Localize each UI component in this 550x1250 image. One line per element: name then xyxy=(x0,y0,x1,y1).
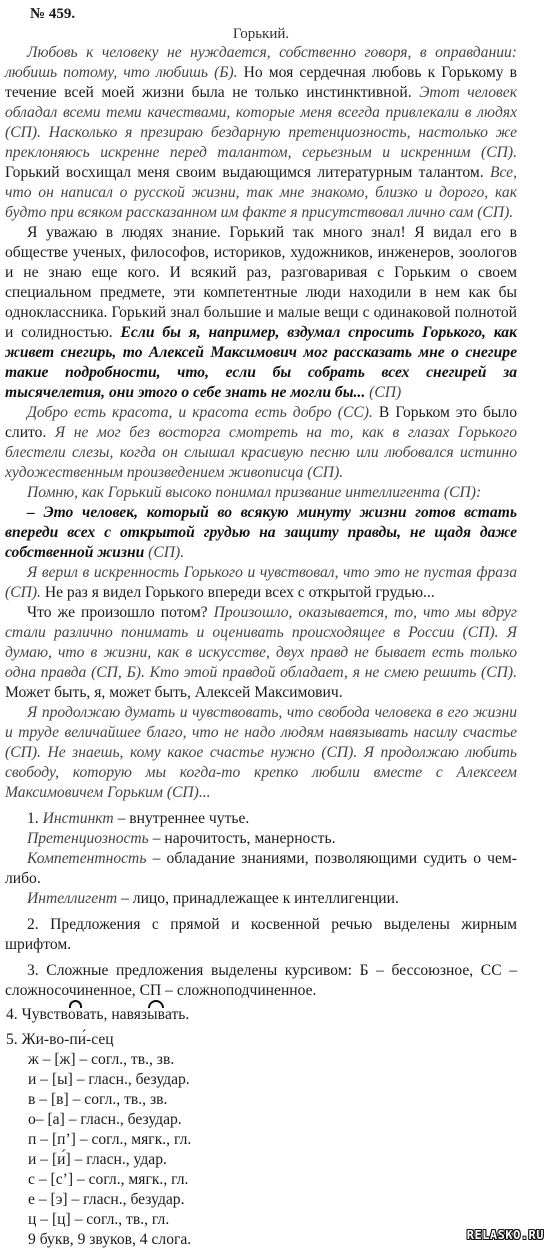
italic-text: Я не мог без восторга смотреть на то, ка… xyxy=(5,424,517,481)
italic-text: Помню, как Горький высоко понимал призва… xyxy=(27,484,481,501)
paragraph: Что же произошло потом? Произошло, оказы… xyxy=(5,603,517,703)
definition: Интеллигент – лицо, принадлежащее к инте… xyxy=(5,889,517,909)
sound-row: п – [п’] – согл., мягк., гл. xyxy=(28,1130,517,1150)
definition-text: – лицо, принадлежащее к интеллигенции. xyxy=(117,890,399,907)
italic-text: (СП). xyxy=(144,544,184,561)
sound-row: и – [ы] – гласн., безудар. xyxy=(28,1070,517,1090)
paragraph: Я уважаю в людях знание. Горький так мно… xyxy=(5,223,517,403)
term: Компетентность xyxy=(27,850,146,867)
sound-row: ж – [ж] – согл., тв., зв. xyxy=(28,1050,517,1070)
term: Инстинкт xyxy=(43,810,114,827)
paragraph: Помню, как Горький высоко понимал призва… xyxy=(5,483,517,503)
exercise-number: № 459. xyxy=(30,4,75,24)
sound-row: с – [с’] – согл., мягк., гл. xyxy=(28,1170,517,1190)
bold-text: – Это человек, который во всякую минуту … xyxy=(5,504,517,561)
sound-row: и – [и́] – гласн., удар. xyxy=(28,1150,517,1170)
paragraph: Любовь к человеку не нуждается, собствен… xyxy=(5,43,517,223)
definition-text: – внутреннее чутье. xyxy=(114,810,250,827)
term: Претенциозность xyxy=(27,830,149,847)
plain-text: Что же произошло потом? xyxy=(27,604,214,621)
answer-3: 3. Сложные предложения выделены курсивом… xyxy=(5,961,517,1001)
definition: Претенциозность – нарочитость, манерност… xyxy=(5,829,517,849)
text-body: Любовь к человеку не нуждается, собствен… xyxy=(5,43,517,1250)
summary-row: 9 букв, 9 звуков, 4 слога. xyxy=(28,1230,517,1250)
answer-4: 4. Чувствовать, навязывать. xyxy=(5,1005,517,1025)
definition-text: – нарочитость, манерность. xyxy=(149,830,336,847)
answer-1-definitions: 1. Инстинкт – внутреннее чутье. Претенци… xyxy=(5,809,517,909)
suffix-arc-mark: ыв xyxy=(147,1005,165,1025)
paragraph: Я верил в искренность Горького и чувство… xyxy=(5,563,517,603)
definition: Компетентность – обладание знаниями, поз… xyxy=(5,849,517,889)
text-title: Горький. xyxy=(5,24,517,44)
site-watermark: RELASKO.RU xyxy=(467,1228,544,1242)
paragraph: Я продолжаю думать и чувствовать, что св… xyxy=(5,703,517,803)
sound-row: в – [в] – согл., тв., зв. xyxy=(28,1090,517,1110)
answer-5-heading: 5. Жи-во-пи́-сец xyxy=(5,1030,517,1050)
paragraph-direct-speech: – Это человек, который во всякую минуту … xyxy=(5,503,517,563)
plain-text: Горький восхищал меня своим выдающимся л… xyxy=(5,164,490,181)
definition: 1. Инстинкт – внутреннее чутье. xyxy=(5,809,517,829)
sound-row: е – [э] – гласн., безудар. xyxy=(28,1190,517,1210)
plain-text: Может быть, я, может быть, Алексей Макси… xyxy=(5,684,343,701)
answer-5-phonetic-analysis: 5. Жи-во-пи́-сец ж – [ж] – согл., тв., з… xyxy=(5,1030,517,1250)
paragraph: Добро есть красота, и красота есть добро… xyxy=(5,403,517,483)
italic-text: (СП) xyxy=(365,384,401,401)
plain-text: Не раз я видел Горького впереди всех с о… xyxy=(41,584,435,601)
sound-row: ц – [ц] – согл., тв., гл. xyxy=(28,1210,517,1230)
sound-list: ж – [ж] – согл., тв., зв. и – [ы] – глас… xyxy=(5,1050,517,1250)
sound-row: о– [а] – гласн., безудар. xyxy=(28,1110,517,1130)
italic-text: Добро есть красота, и красота есть добро… xyxy=(27,404,373,421)
answer-2: 2. Предложения с прямой и косвенной речь… xyxy=(5,915,517,955)
italic-text: Я продолжаю думать и чувствовать, что св… xyxy=(5,704,517,801)
term: Интеллигент xyxy=(27,890,117,907)
suffix-arc-mark: ов xyxy=(68,1005,83,1025)
